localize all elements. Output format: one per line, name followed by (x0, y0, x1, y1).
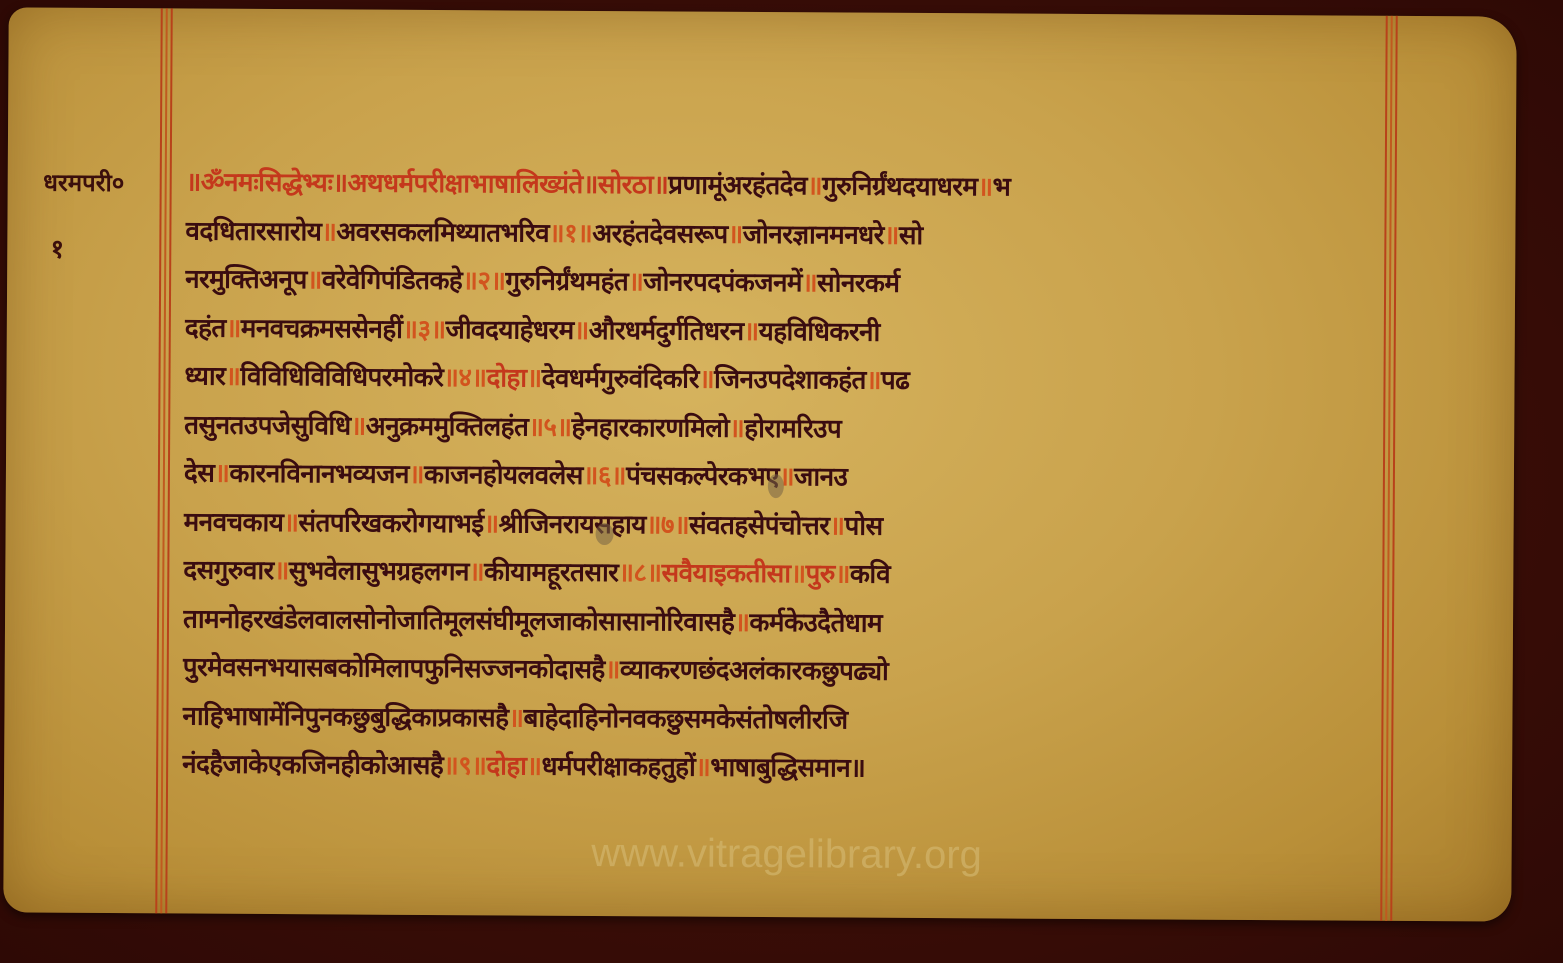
line-text: मनवचक्रमससेनहीं (241, 313, 403, 344)
line-text: हेनहारकारणमिलो (571, 412, 729, 443)
line-text: नरमुक्तिअनूप (185, 264, 307, 295)
danda-mark: ॥ (977, 172, 992, 202)
danda-mark: ॥८॥ (618, 558, 661, 588)
danda-mark: ॥ (225, 362, 240, 392)
manuscript-folio: धरमपरी० १ ॥ॐनमःसिद्धेभ्यः॥अथधर्मपरीक्षाभ… (3, 7, 1517, 921)
danda-mark: ॥ (351, 411, 366, 441)
rubric-text: दोहा (486, 363, 526, 393)
danda-mark: ॥ (283, 508, 298, 538)
rubric-text: ॥ॐनमःसिद्धेभ्यः॥अथधर्मपरीक्षाभाषालिख्यंत… (186, 167, 669, 200)
manuscript-line: तामनोहरखंडेलवालसोनोजातिमूलसंघीमूलजाकोसास… (183, 595, 1378, 651)
danda-mark: ॥७॥ (646, 510, 689, 540)
line-text: श्रीजिनरायसहाय (499, 509, 646, 540)
line-text: देस (184, 458, 215, 488)
danda-mark: ॥ (744, 316, 759, 346)
danda-mark: ॥ (884, 220, 899, 250)
right-margin-rule (1380, 16, 1400, 921)
manuscript-line: दहंत॥मनवचक्रमससेनहीं॥३॥जीवदयाहेधरम॥औरधर्… (185, 304, 1380, 360)
danda-mark: ॥ (734, 607, 749, 637)
line-text: जिनउपदेशाकहंत (714, 365, 866, 396)
danda-mark: ॥ (835, 559, 850, 589)
danda-mark: ॥९॥ (443, 751, 486, 781)
danda-mark: ॥ (628, 267, 643, 297)
danda-mark: ॥४॥ (443, 363, 486, 393)
danda-mark: ॥ (483, 509, 498, 539)
line-text: कवि (850, 560, 890, 590)
line-text: सुभवेलासुभग्रहलगन (289, 556, 469, 587)
line-text: भ (992, 172, 1010, 202)
danda-mark: ॥ (866, 366, 881, 396)
line-text: औरधर्मदुर्गतिधरन (589, 315, 744, 346)
line-text: बाहेदाहिनोनवकछुसमकेसंतोषलीरजि (523, 703, 847, 735)
manuscript-line: दसगुरुवार॥सुभवेलासुभग्रहलगन॥कीयामहूरतसार… (183, 546, 1378, 602)
line-text: दहंत (185, 313, 226, 343)
line-text: संतपरिखकरोगयाभई (298, 508, 483, 539)
manuscript-line: नरमुक्तिअनूप॥वरेवेगिपंडितकहे॥२॥गुरुनिर्ग… (185, 255, 1380, 311)
manuscript-line: ॥ॐनमःसिद्धेभ्यः॥अथधर्मपरीक्षाभाषालिख्यंत… (186, 158, 1381, 214)
rubric-text: पुरु (805, 559, 835, 589)
danda-mark: ॥ (807, 171, 822, 201)
line-text: वरेवेगिपंडितकहे (322, 265, 463, 296)
manuscript-line: नंदहैजाकेएकजिनहीकोआसहै॥९॥दोहा॥धर्मपरीक्ष… (182, 740, 1377, 796)
line-text: नाहिभाषामेंनिपुनकछुबुद्धिकाप्रकासहै (182, 701, 508, 733)
line-text: कर्मकेउदैतेधाम (749, 607, 882, 638)
line-text: भाषाबुद्धिसमान (710, 753, 850, 784)
danda-mark: ॥ (829, 511, 844, 541)
line-text: अरहंतदेवसरूप (592, 218, 728, 249)
line-text: जीवदयाहेधरम (446, 315, 574, 346)
manuscript-line: नाहिभाषामेंनिपुनकछुबुद्धिकाप्रकासहै॥बाहे… (182, 692, 1377, 748)
manuscript-line: पुरमेवसनभयासबकोमिलापफुनिसज्जनकोदासहै॥व्य… (183, 643, 1378, 699)
danda-mark: ॥ (508, 703, 523, 733)
line-text: दसगुरुवार (183, 555, 274, 586)
manuscript-line: तसुनतउपजेसुविधि॥अनुक्रममुक्तिलहंत॥५॥हेनह… (184, 401, 1379, 457)
line-text: ध्यार (184, 361, 225, 391)
rubric-text: सवैयाइकतीसा (661, 558, 790, 589)
line-text: यहविधिकरनी (759, 316, 880, 347)
watermark: www.vitragelibrary.org (551, 831, 1021, 879)
line-text: जोनरज्ञानमनधरे (743, 219, 884, 250)
danda-mark: ॥ (469, 557, 484, 587)
line-text: गुरुनिर्ग्रंथमहंत (505, 266, 628, 297)
line-text: जोनरपदपंकजनमें (643, 267, 802, 298)
line-text: पढ (881, 366, 910, 396)
danda-mark: ॥ (728, 219, 743, 249)
line-text: पुरमेवसनभयासबकोमिलापफुनिसज्जनकोदासहै (183, 652, 605, 685)
line-text: कीयामहूरतसार (484, 557, 618, 588)
margin-title: धरमपरी० (14, 165, 154, 199)
manuscript-photo: धरमपरी० १ ॥ॐनमःसिद्धेभ्यः॥अथधर्मपरीक्षाभ… (0, 0, 1563, 963)
danda-mark: ॥ (321, 217, 336, 247)
danda-mark: ॥ (527, 364, 542, 394)
damage-spot (596, 523, 614, 545)
danda-mark: ॥५॥ (528, 412, 571, 442)
danda-mark: ॥ (790, 559, 805, 589)
line-text: ॥ (850, 754, 865, 784)
line-text: मनवचकाय (184, 507, 284, 538)
line-text: सोनरकर्म (817, 268, 900, 299)
line-text: जानउ (794, 462, 847, 492)
line-text: संवतहसेपंचोत्तर (689, 510, 830, 541)
line-text: वदधितारसारोय (185, 216, 321, 247)
line-text: काजनहोयलवलेस (424, 460, 583, 491)
danda-mark: ॥ (605, 655, 620, 685)
danda-mark: ॥६॥ (583, 461, 626, 491)
left-margin-rule (155, 8, 175, 913)
damage-spot (768, 474, 784, 498)
danda-mark: ॥१॥ (549, 218, 592, 248)
line-text: कारनविनानभव्यजन (229, 459, 409, 490)
manuscript-line: ध्यार॥विविधिविविधिपरमोकरे॥४॥दोहा॥देवधर्म… (184, 352, 1379, 408)
danda-mark: ॥ (695, 753, 710, 783)
danda-mark: ॥ (409, 460, 424, 490)
line-text: नंदहैजाकेएकजिनहीकोआसहै (182, 749, 443, 781)
danda-mark: ॥ (226, 313, 241, 343)
manuscript-line: वदधितारसारोय॥अवरसकलमिथ्यातभरिव॥१॥अरहंतदे… (185, 207, 1380, 263)
line-text: देवधर्मगुरुवंदिकरि (542, 364, 700, 395)
danda-mark: ॥ (274, 556, 289, 586)
line-text: तसुनतउपजेसुविधि (184, 410, 351, 441)
folio-number: १ (37, 230, 77, 266)
line-text: धर्मपरीक्षाकहतुहों (541, 752, 695, 783)
rubric-text: दोहा (486, 751, 526, 781)
line-text: सो (899, 220, 923, 250)
line-text: अवरसकलमिथ्यातभरिव (336, 217, 549, 248)
danda-mark: ॥ (802, 268, 817, 298)
line-text: विविधिविविधिपरमोकरे (240, 362, 443, 393)
danda-mark: ॥ (526, 752, 541, 782)
danda-mark: ॥२॥ (462, 266, 505, 296)
line-text: प्रणामूंअरहंतदेव (668, 170, 807, 201)
danda-mark: ॥ (307, 265, 322, 295)
line-text: होरामरिउप (744, 413, 841, 444)
line-text: व्याकरणछंदअलंकारकछुपढ्यो (620, 655, 889, 687)
danda-mark: ॥ (729, 413, 744, 443)
line-text: तामनोहरखंडेलवालसोनोजातिमूलसंघीमूलजाकोसास… (183, 604, 735, 637)
danda-mark: ॥ (214, 459, 229, 489)
line-text: पंचसकल्पेरकभए (626, 461, 779, 492)
danda-mark: ॥३॥ (402, 314, 445, 344)
line-text: पोस (844, 511, 882, 541)
danda-mark: ॥ (699, 365, 714, 395)
line-text: अनुक्रममुक्तिलहंत (366, 411, 529, 442)
line-text: गुरुनिर्ग्रंथदयाधरम (822, 171, 978, 202)
manuscript-line: मनवचकाय॥संतपरिखकरोगयाभई॥श्रीजिनरायसहाय॥७… (183, 498, 1378, 554)
danda-mark: ॥ (574, 315, 589, 345)
